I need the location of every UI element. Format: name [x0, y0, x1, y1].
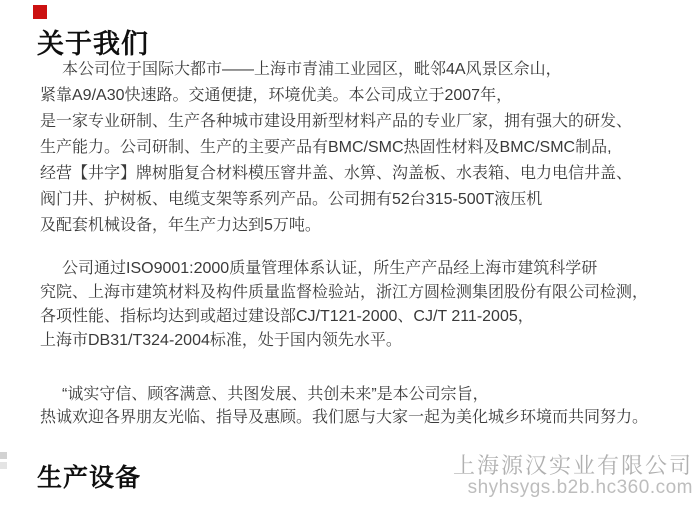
text-line: 上海市DB31/T324-2004标准，处于国内领先水平。 — [40, 329, 648, 353]
text-line: 是一家专业研制、生产各种城市建设用新型材料产品的专业厂家，拥有强大的研发、 — [40, 109, 632, 135]
text-line: 生产能力。公司研制、生产的主要产品有BMC/SMC热固性材料及BMC/SMC制品… — [40, 135, 632, 161]
text-line: 公司通过ISO9001:2000质量管理体系认证，所生产产品经上海市建筑科学研 — [40, 257, 648, 281]
watermark: 上海源汉实业有限公司 shyhsygs.b2b.hc360.com — [453, 454, 693, 499]
about-section-title: 关于我们 — [37, 30, 149, 58]
text-line: 各项性能、指标均达到或超过建设部CJ/T121-2000、CJ/T 211-20… — [40, 305, 648, 329]
text-line: 热诚欢迎各界朋友光临、指导及惠顾。我们愿与大家一起为美化城乡环境而共同努力。 — [40, 406, 648, 429]
text-line: 及配套机械设备，年生产力达到5万吨。 — [40, 213, 632, 239]
production-section-title: 生产设备 — [37, 464, 141, 492]
text-line: 经营【井字】牌树脂复合材料模压窨井盖、水箅、沟盖板、水表箱、电力电信井盖、 — [40, 161, 632, 187]
about-paragraph-motto: “诚实守信、顾客满意、共图发展、共创未来”是本公司宗旨， 热诚欢迎各界朋友光临、… — [40, 383, 648, 429]
about-page: 关于我们 本公司位于国际大都市——上海市青浦工业园区，毗邻4A风景区佘山， 紧靠… — [0, 0, 700, 508]
watermark-company-name: 上海源汉实业有限公司 — [453, 454, 693, 478]
about-paragraph-company-intro: 本公司位于国际大都市——上海市青浦工业园区，毗邻4A风景区佘山， 紧靠A9/A3… — [40, 57, 632, 239]
edge-square-marker — [0, 462, 7, 469]
red-square-marker — [33, 5, 47, 19]
text-line: 阀门井、护树板、电缆支架等系列产品。公司拥有52台315-500T液压机 — [40, 187, 632, 213]
text-line: 究院、上海市建筑材料及构件质量监督检验站，浙江方圆检测集团股份有限公司检测， — [40, 281, 648, 305]
about-paragraph-certifications: 公司通过ISO9001:2000质量管理体系认证，所生产产品经上海市建筑科学研 … — [40, 257, 648, 353]
watermark-url: shyhsygs.b2b.hc360.com — [453, 478, 693, 499]
text-line: “诚实守信、顾客满意、共图发展、共创未来”是本公司宗旨， — [40, 383, 648, 406]
text-line: 紧靠A9/A30快速路。交通便捷，环境优美。本公司成立于2007年， — [40, 83, 632, 109]
text-line: 本公司位于国际大都市——上海市青浦工业园区，毗邻4A风景区佘山， — [40, 57, 632, 83]
edge-square-marker — [0, 452, 7, 459]
